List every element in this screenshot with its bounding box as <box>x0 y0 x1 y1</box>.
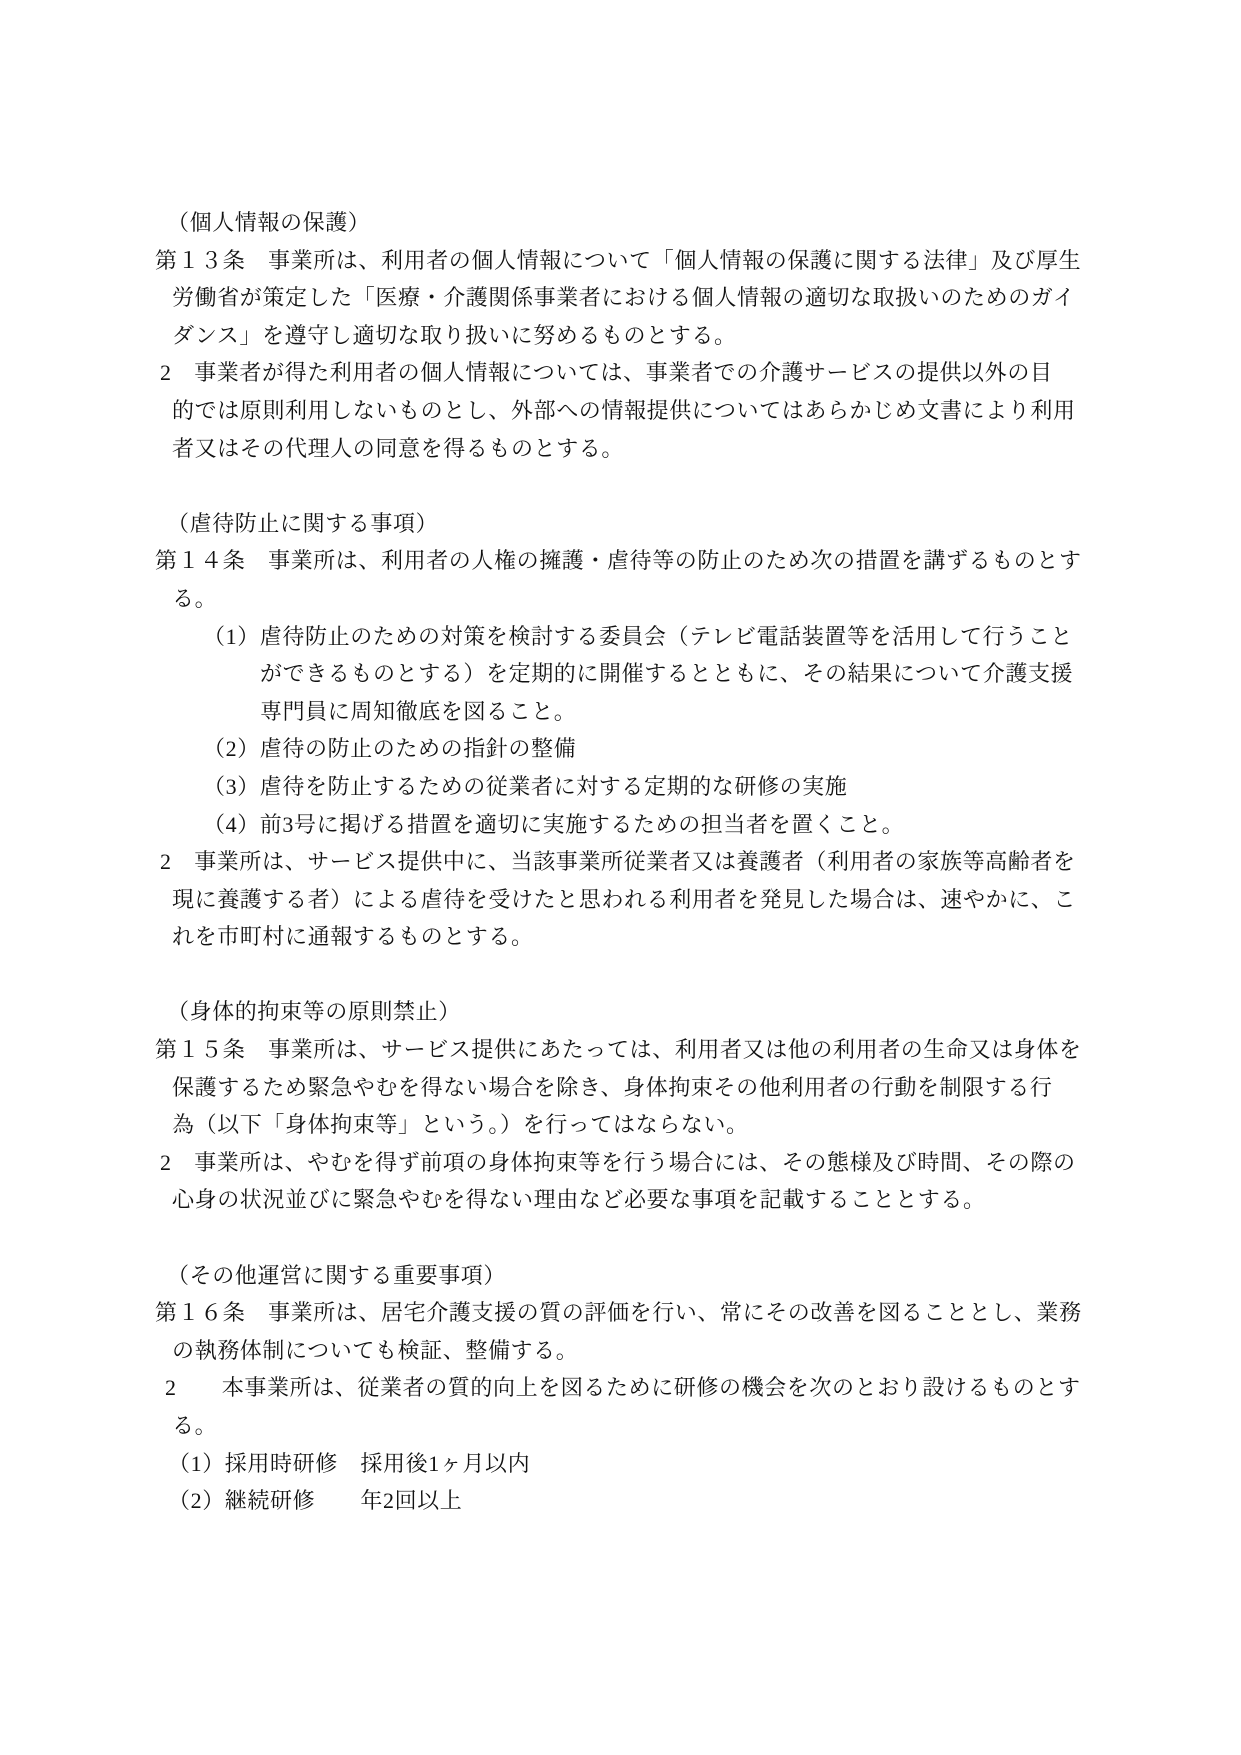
text-line: 2 事業者が得た利用者の個人情報については、事業者での介護サービスの提供以外の目 <box>155 354 1101 392</box>
section-heading: （身体的拘束等の原則禁止） <box>155 993 1101 1031</box>
text-line: 第１６条 事業所は、居宅介護支援の質の評価を行い、常にその改善を図ることとし、業… <box>155 1294 1101 1332</box>
document-section: （個人情報の保護）第１３条 事業所は、利用者の個人情報について「個人情報の保護に… <box>155 204 1101 467</box>
text-line: る。 <box>155 580 1101 618</box>
text-line: （1）採用時研修 採用後1ヶ月以内 <box>155 1445 1101 1483</box>
text-line: 第１３条 事業所は、利用者の個人情報について「個人情報の保護に関する法律」及び厚… <box>155 242 1101 280</box>
document-section: （虐待防止に関する事項）第１４条 事業所は、利用者の人権の擁護・虐待等の防止のた… <box>155 505 1101 956</box>
document-section: （その他運営に関する重要事項）第１６条 事業所は、居宅介護支援の質の評価を行い、… <box>155 1257 1101 1520</box>
text-line: （1）虐待防止のための対策を検討する委員会（テレビ電話装置等を活用して行うこと <box>155 618 1101 656</box>
text-line: 専門員に周知徹底を図ること。 <box>155 693 1101 731</box>
text-line: の執務体制についても検証、整備する。 <box>155 1332 1101 1370</box>
text-line: 2 事業所は、サービス提供中に、当該事業所従業者又は養護者（利用者の家族等高齢者… <box>155 843 1101 881</box>
text-line: 労働省が策定した「医療・介護関係事業者における個人情報の適切な取扱いのためのガイ <box>155 279 1101 317</box>
document-body: （個人情報の保護）第１３条 事業所は、利用者の個人情報について「個人情報の保護に… <box>155 204 1101 1520</box>
text-line: 保護するため緊急やむを得ない場合を除き、身体拘束その他利用者の行動を制限する行 <box>155 1069 1101 1107</box>
text-line: 現に養護する者）による虐待を受けたと思われる利用者を発見した場合は、速やかに、こ <box>155 881 1101 919</box>
text-line: 的では原則利用しないものとし、外部への情報提供についてはあらかじめ文書により利用 <box>155 392 1101 430</box>
text-line: る。 <box>155 1407 1101 1445</box>
text-line: 為（以下「身体拘束等」という。）を行ってはならない。 <box>155 1106 1101 1144</box>
text-line: （3）虐待を防止するための従業者に対する定期的な研修の実施 <box>155 768 1101 806</box>
text-line: 第１４条 事業所は、利用者の人権の擁護・虐待等の防止のため次の措置を講ずるものと… <box>155 542 1101 580</box>
text-line: ができるものとする）を定期的に開催するとともに、その結果について介護支援 <box>155 655 1101 693</box>
section-heading: （その他運営に関する重要事項） <box>155 1257 1101 1295</box>
document-page: （個人情報の保護）第１３条 事業所は、利用者の個人情報について「個人情報の保護に… <box>0 0 1241 1755</box>
text-line: （4）前3号に掲げる措置を適切に実施するための担当者を置くこと。 <box>155 806 1101 844</box>
section-heading: （虐待防止に関する事項） <box>155 505 1101 543</box>
text-line: 第１５条 事業所は、サービス提供にあたっては、利用者又は他の利用者の生命又は身体… <box>155 1031 1101 1069</box>
text-line: （2）虐待の防止のための指針の整備 <box>155 730 1101 768</box>
text-line: 者又はその代理人の同意を得るものとする。 <box>155 430 1101 468</box>
text-line: 2 本事業所は、従業者の質的向上を図るために研修の機会を次のとおり設けるものとす <box>155 1369 1101 1407</box>
text-line: ダンス」を遵守し適切な取り扱いに努めるものとする。 <box>155 317 1101 355</box>
document-section: （身体的拘束等の原則禁止）第１５条 事業所は、サービス提供にあたっては、利用者又… <box>155 993 1101 1219</box>
text-line: （2）継続研修 年2回以上 <box>155 1482 1101 1520</box>
section-heading: （個人情報の保護） <box>155 204 1101 242</box>
text-line: 心身の状況並びに緊急やむを得ない理由など必要な事項を記載することとする。 <box>155 1181 1101 1219</box>
text-line: 2 事業所は、やむを得ず前項の身体拘束等を行う場合には、その態様及び時間、その際… <box>155 1144 1101 1182</box>
text-line: れを市町村に通報するものとする。 <box>155 918 1101 956</box>
